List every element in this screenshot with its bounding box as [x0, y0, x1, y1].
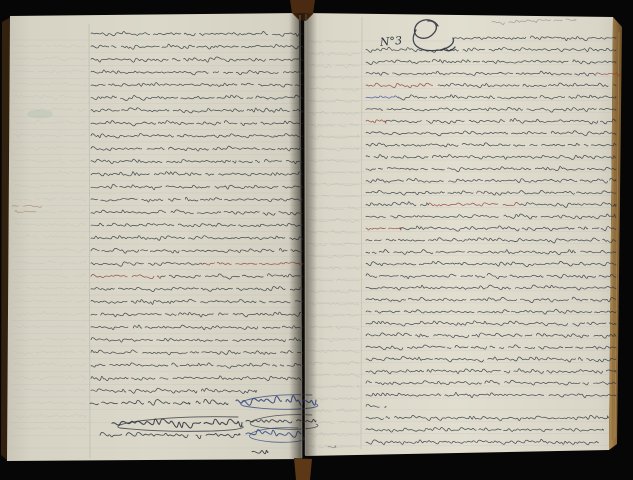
scanned-register-spread: N°3: [0, 0, 633, 480]
scan-canvas: N°3: [0, 0, 633, 480]
right-page: [304, 13, 613, 456]
left-page: [7, 13, 302, 461]
gutter-shadow: [289, 13, 317, 459]
spine-leather-bottom: [294, 458, 312, 480]
act-number: N°3: [378, 34, 402, 49]
ink-smudge: [27, 110, 53, 119]
